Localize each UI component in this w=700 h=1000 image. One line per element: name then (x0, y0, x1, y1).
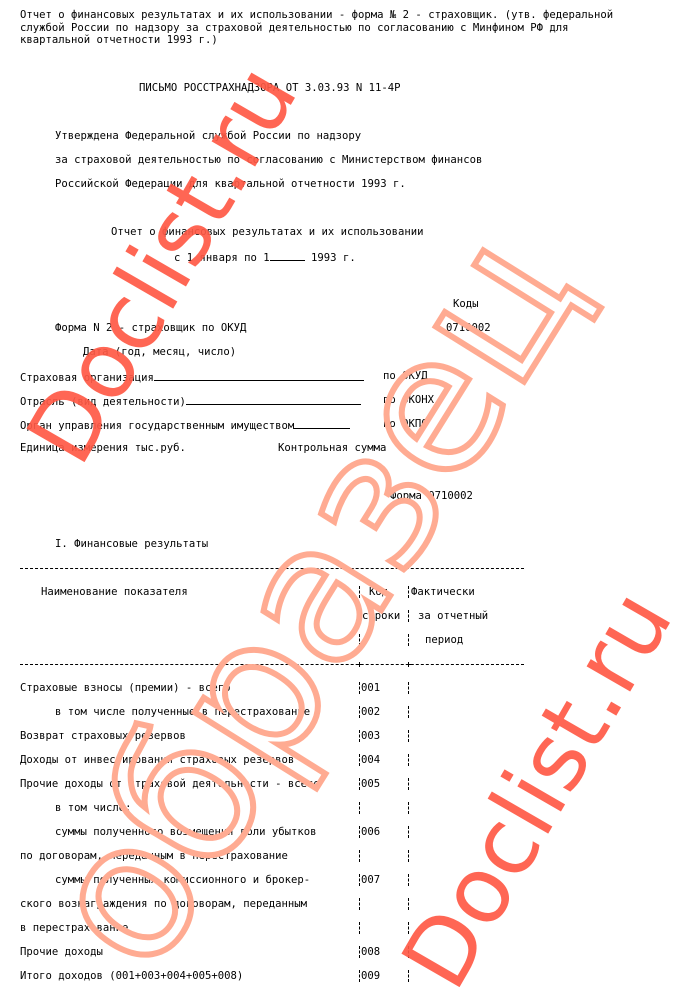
column-separator (408, 754, 409, 766)
approval-line: за страховой деятельностью по согласован… (55, 154, 482, 166)
column-separator (359, 826, 360, 838)
field-authority: Орган управления государственным имущест… (20, 418, 350, 432)
row-value-cell[interactable] (413, 754, 523, 766)
column-separator (408, 586, 409, 598)
row-value-cell[interactable] (413, 682, 523, 694)
column-separator (359, 850, 360, 862)
column-separator (359, 754, 360, 766)
column-separator (359, 946, 360, 958)
column-separator (359, 922, 360, 934)
column-separator (408, 922, 409, 934)
field-insurer: Страховая организация (20, 370, 364, 384)
header-code: Код (369, 586, 388, 598)
header-name: Наименование показателя (41, 586, 188, 598)
watermark-doclist-left: Doclist.ru (6, 48, 318, 481)
form-reference: Форма 0710002 (390, 490, 473, 502)
column-separator (359, 874, 360, 886)
column-separator (408, 802, 409, 814)
row-name: Доходы от инвестирования страховых резер… (20, 754, 294, 766)
row-name: в том числе полученные в перестрахование (55, 706, 310, 718)
row-name: Прочие доходы от страховой деятельности … (20, 778, 320, 790)
row-code: 005 (361, 778, 380, 790)
approval-line: Утверждена Федеральной службой России по… (55, 130, 361, 142)
document-header: Отчет о финансовых результатах и их испо… (20, 9, 700, 47)
row-name: Возврат страховых резервов (20, 730, 186, 742)
column-separator (359, 802, 360, 814)
checksum-label: Контрольная сумма (278, 442, 386, 454)
field-code-label: по ОКПО (383, 418, 428, 430)
field-label: Страховая организация (20, 372, 154, 384)
column-separator (408, 874, 409, 886)
junction (357, 662, 362, 667)
row-code: 004 (361, 754, 380, 766)
table-top-divider (20, 568, 524, 569)
row-value-cell[interactable] (413, 706, 523, 718)
row-code: 001 (361, 682, 380, 694)
column-separator (408, 970, 409, 982)
field-label: Отрасль (вид деятельности) (20, 396, 186, 408)
row-name: суммы полученного возмещения доли убытко… (55, 826, 317, 838)
period-suffix: 1993 г. (305, 252, 356, 264)
unit-label: Единица измерения тыс.руб. (20, 442, 186, 454)
column-separator (359, 610, 360, 622)
row-code: 007 (361, 874, 380, 886)
form-code: 0710002 (446, 322, 491, 334)
header-line: Отчет о финансовых результатах и их испо… (20, 9, 700, 22)
column-separator (408, 898, 409, 910)
row-code: 006 (361, 826, 380, 838)
column-separator (408, 634, 409, 646)
row-value-cell[interactable] (413, 730, 523, 742)
row-name: в перестрахование (20, 922, 128, 934)
header-actual: Фактически (411, 586, 475, 598)
column-separator (359, 898, 360, 910)
column-separator (359, 730, 360, 742)
industry-input[interactable] (186, 394, 361, 405)
row-name: Страховые взносы (премии) - всего (20, 682, 230, 694)
row-value-cell[interactable] (413, 874, 523, 886)
column-separator (408, 826, 409, 838)
column-separator (408, 946, 409, 958)
header-actual: период (425, 634, 463, 646)
letter-title: ПИСЬМО РОССТРАХНАДЗОРА ОТ 3.03.93 N 11-4… (139, 82, 401, 94)
field-industry: Отрасль (вид деятельности) (20, 394, 361, 408)
insurer-input[interactable] (154, 370, 364, 381)
row-value-cell[interactable] (413, 970, 523, 982)
column-separator (408, 778, 409, 790)
report-title: Отчет о финансовых результатах и их испо… (111, 226, 424, 238)
field-code-label: по ОКУД (383, 370, 428, 382)
row-name: Прочие доходы (20, 946, 103, 958)
row-value-cell[interactable] (413, 826, 523, 838)
approval-line: Российской Федерации для квартальной отч… (55, 178, 406, 190)
column-separator (408, 850, 409, 862)
column-separator (359, 778, 360, 790)
period-prefix: с 1 января по 1 (174, 252, 270, 264)
column-separator (408, 610, 409, 622)
row-code: 002 (361, 706, 380, 718)
row-name: ского вознаграждения по договорам, перед… (20, 898, 307, 910)
row-code: 008 (361, 946, 380, 958)
row-value-cell[interactable] (413, 946, 523, 958)
period-blank[interactable] (270, 250, 305, 261)
codes-label: Коды (453, 298, 479, 310)
row-name: в том числе: (55, 802, 132, 814)
row-value-cell[interactable] (413, 778, 523, 790)
svg-text:Doclist.ru: Doclist.ru (6, 48, 318, 481)
row-code: 003 (361, 730, 380, 742)
column-separator (408, 730, 409, 742)
header-line: службой России по надзору за страховой д… (20, 22, 700, 35)
row-name: суммы полученных комиссионного и брокер- (55, 874, 310, 886)
row-name: по договорам, переданным в перестрахован… (20, 850, 288, 862)
header-actual: за отчетный (418, 610, 488, 622)
report-period: с 1 января по 1 1993 г. (174, 250, 356, 264)
column-separator (408, 682, 409, 694)
column-separator (359, 586, 360, 598)
authority-input[interactable] (294, 418, 350, 429)
header-code: строки (362, 610, 400, 622)
column-separator (359, 634, 360, 646)
form-label: Форма N 2 - страховщик по ОКУД (55, 322, 246, 334)
column-separator (359, 682, 360, 694)
header-line: квартальной отчетности 1993 г.) (20, 34, 700, 47)
column-separator (408, 706, 409, 718)
column-separator (359, 970, 360, 982)
row-name: Итого доходов (001+003+004+005+008) (20, 970, 243, 982)
table-header-divider (20, 664, 524, 665)
field-code-label: по ОКОНХ (383, 394, 434, 406)
section-title: I. Финансовые результаты (55, 538, 208, 550)
row-code: 009 (361, 970, 380, 982)
column-separator (359, 706, 360, 718)
field-label: Орган управления государственным имущест… (20, 420, 294, 432)
date-label: Дата (год, месяц, число) (83, 346, 236, 358)
junction (406, 662, 411, 667)
